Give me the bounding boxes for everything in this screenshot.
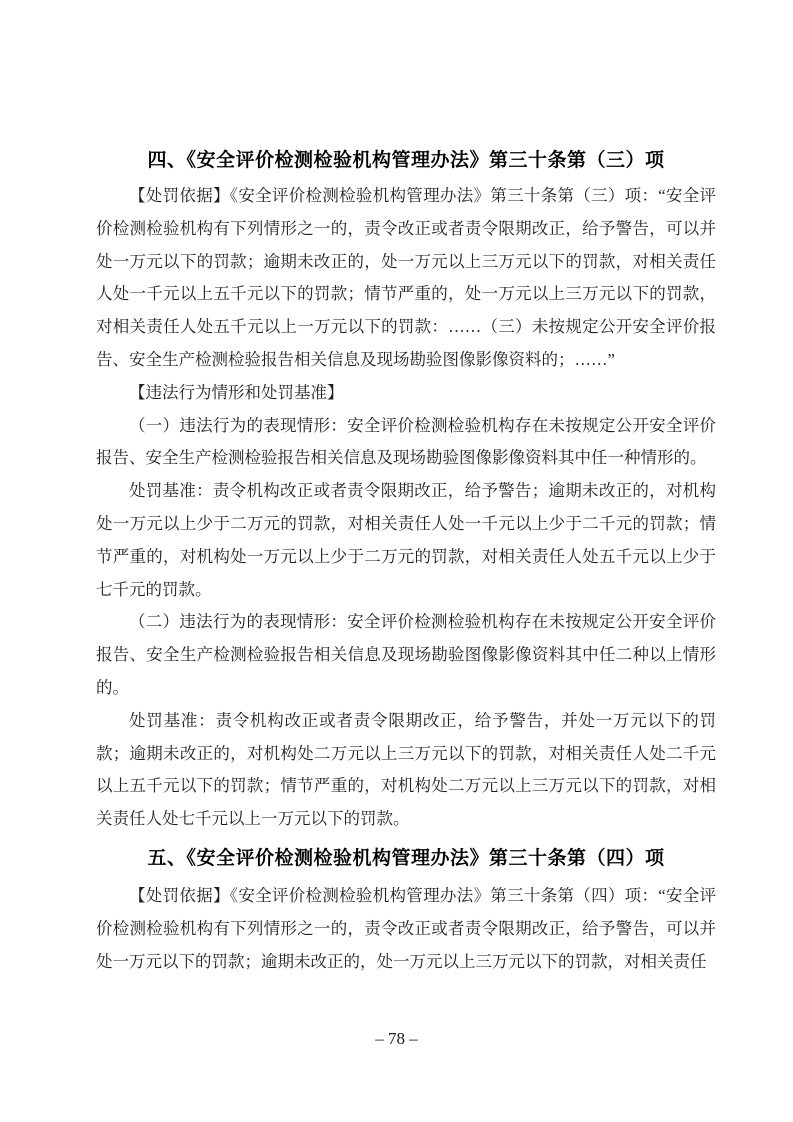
paragraph-penalty-basis-1: 【处罚依据】《安全评价检测检验机构管理办法》第三十条第（三）项：“安全评价检测检… (96, 180, 716, 377)
paragraph-violation-header: 【违法行为情形和处罚基准】 (96, 377, 716, 410)
document-page: 四、《安全评价检测检验机构管理办法》第三十条第（三）项 【处罚依据】《安全评价检… (0, 0, 793, 1122)
paragraph-penalty-standard-2: 处罚基准：责令机构改正或者责令限期改正，给予警告，并处一万元以下的罚款；逾期未改… (96, 705, 716, 836)
paragraph-penalty-basis-2: 【处罚依据】《安全评价检测检验机构管理办法》第三十条第（四）项：“安全评价检测检… (96, 880, 716, 978)
paragraph-violation-case-2: （二）违法行为的表现情形：安全评价检测检验机构存在未按规定公开安全评价报告、安全… (96, 606, 716, 704)
section-heading-five: 五、《安全评价检测检验机构管理办法》第三十条第（四）项 (96, 844, 716, 874)
paragraph-violation-case-1: （一）违法行为的表现情形：安全评价检测检验机构存在未按规定公开安全评价报告、安全… (96, 410, 716, 476)
document-content: 四、《安全评价检测检验机构管理办法》第三十条第（三）项 【处罚依据】《安全评价检… (96, 146, 716, 978)
paragraph-penalty-standard-1: 处罚基准：责令机构改正或者责令限期改正，给予警告；逾期未改正的，对机构处一万元以… (96, 475, 716, 606)
page-number: – 78 – (0, 1028, 793, 1050)
section-heading-four: 四、《安全评价检测检验机构管理办法》第三十条第（三）项 (96, 146, 716, 176)
